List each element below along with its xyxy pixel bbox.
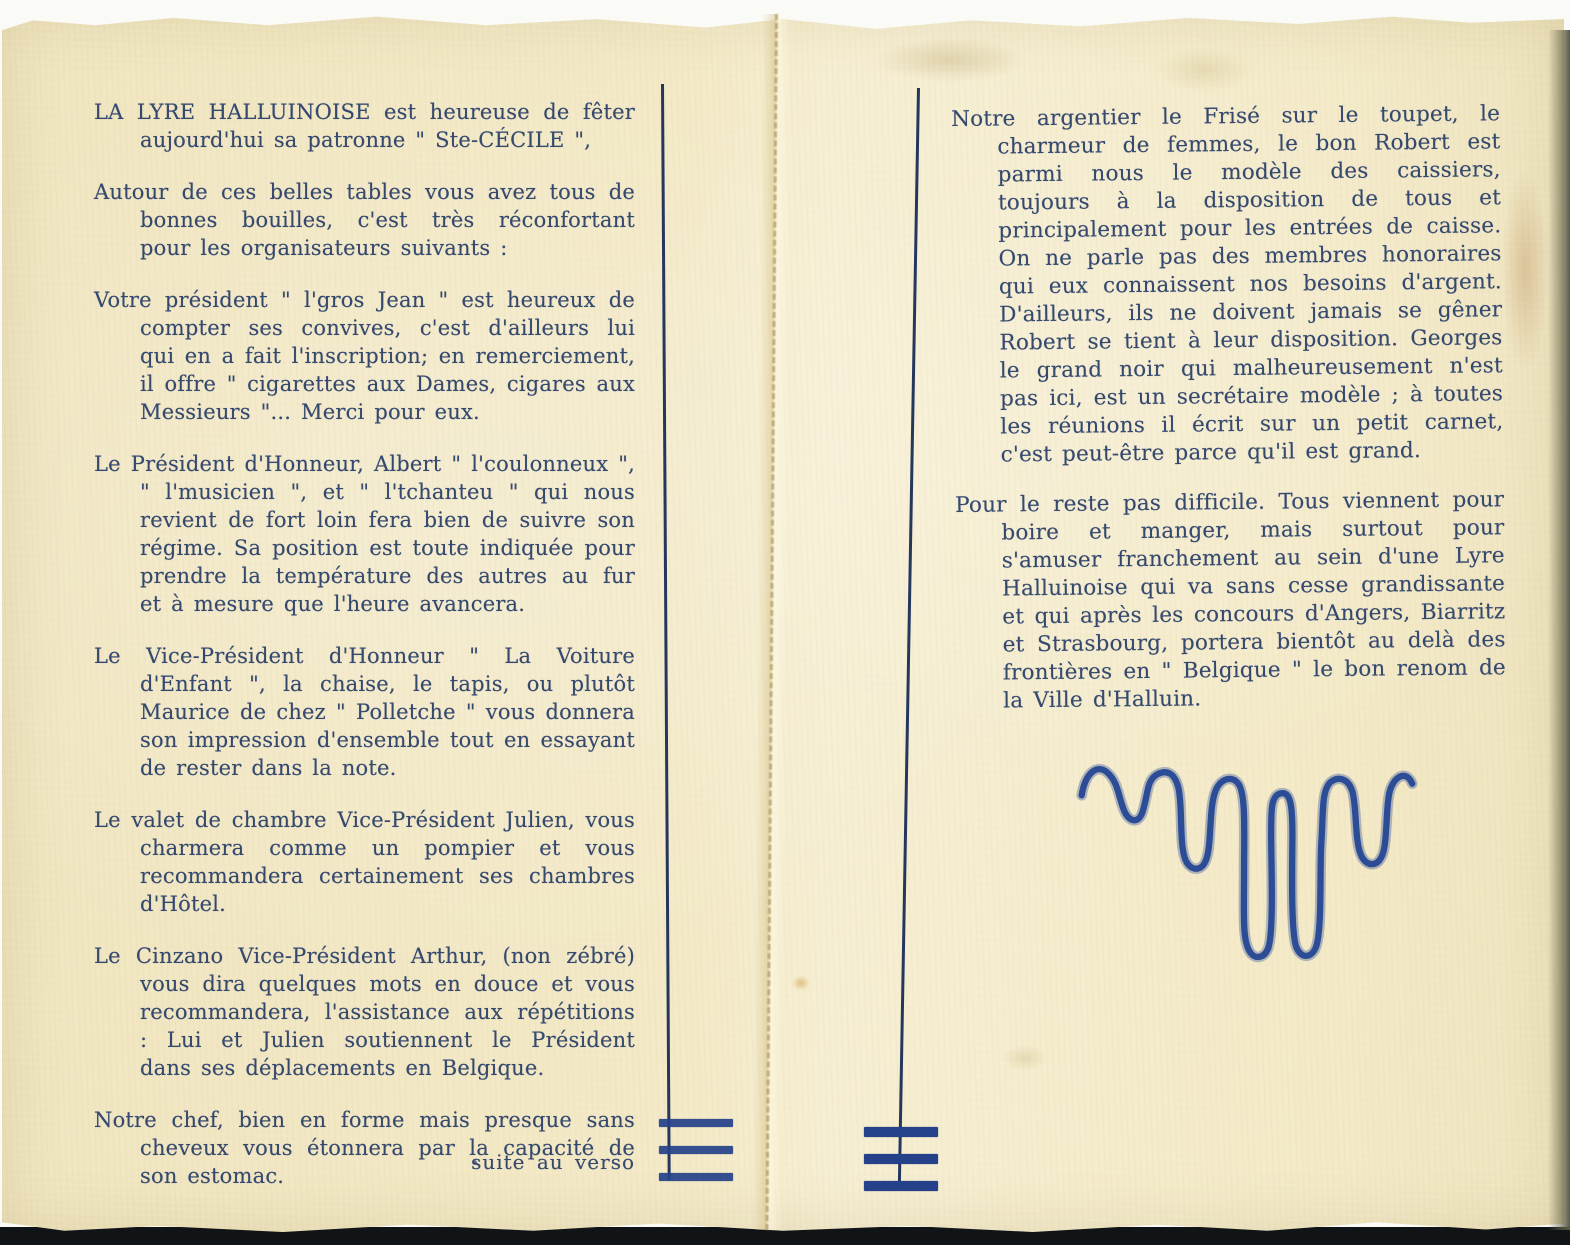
paragraph: Pour le reste pas difficile. Tous vienne… (955, 486, 1506, 716)
registration-bar (659, 1146, 733, 1154)
registration-bar (659, 1119, 733, 1127)
right-page-text-column: Notre argentier le Frisé sur le toupet, … (951, 100, 1507, 738)
registration-bar (864, 1154, 938, 1164)
calligraphic-flourish-ornament (1072, 742, 1420, 980)
paragraph: Le Vice-Président d'Honneur " La Voiture… (94, 642, 635, 782)
left-page-text-column: LA LYRE HALLUINOISE est heureuse de fête… (94, 98, 635, 1214)
registration-bar (864, 1181, 938, 1191)
scanned-document: LA LYRE HALLUINOISE est heureuse de fête… (0, 0, 1570, 1245)
paragraph: Le Président d'Honneur, Albert " l'coulo… (94, 450, 635, 618)
continuation-note: suite au verso (94, 1150, 641, 1174)
registration-bars-right (864, 1127, 938, 1208)
registration-bar (659, 1173, 733, 1181)
paragraph: Le valet de chambre Vice-Président Julie… (94, 806, 635, 918)
page-edge (1548, 30, 1570, 1230)
paragraph: Le Cinzano Vice-Président Arthur, (non z… (94, 942, 635, 1082)
paragraph-heading: LA LYRE HALLUINOISE est heureuse de fête… (94, 98, 635, 154)
paragraph: Votre président " l'gros Jean " est heur… (94, 286, 635, 426)
flourish-icon (1072, 742, 1420, 980)
paragraph: Notre chef, bien en forme mais presque s… (94, 1106, 635, 1190)
paragraph: Notre argentier le Frisé sur le toupet, … (951, 100, 1504, 470)
registration-bars-left (659, 1119, 733, 1200)
paragraph: Autour de ces belles tables vous avez to… (94, 178, 635, 262)
registration-bar (864, 1127, 938, 1137)
